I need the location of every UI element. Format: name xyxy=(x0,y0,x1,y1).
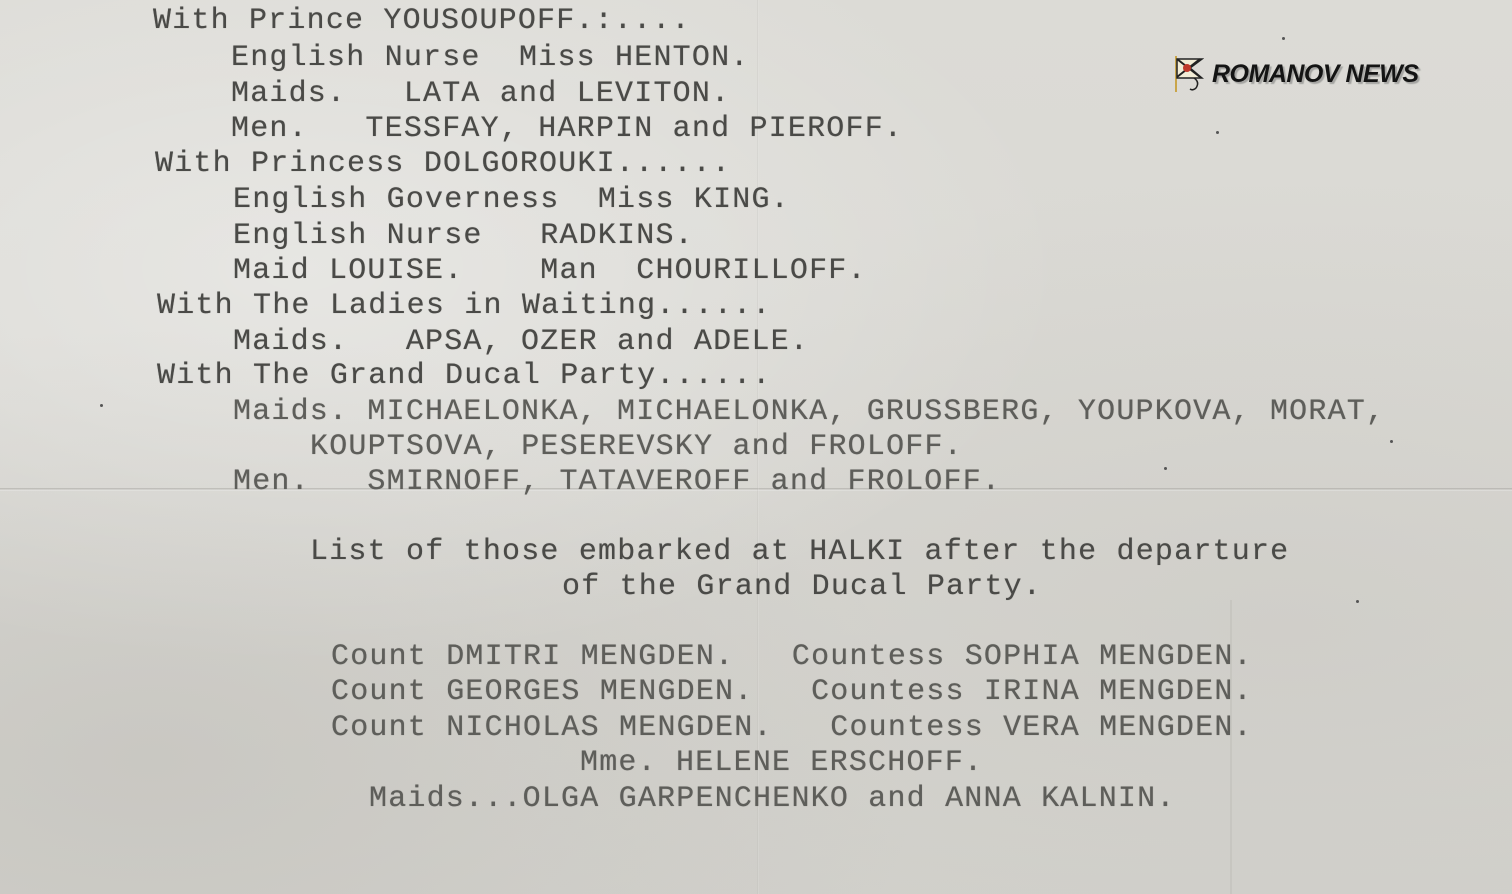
entry-line: Maid LOUISE. Man CHOURILLOFF. xyxy=(233,256,867,286)
paper-speck xyxy=(1216,131,1219,134)
paper-speck xyxy=(1164,467,1167,470)
paper-speck xyxy=(1390,440,1393,443)
paper-speck xyxy=(1282,37,1285,40)
halki-entry: Count DMITRI MENGDEN. Countess SOPHIA ME… xyxy=(331,642,1253,672)
halki-entry: Mme. HELENE ERSCHOFF. xyxy=(580,748,983,778)
halki-entry: Count GEORGES MENGDEN. Countess IRINA ME… xyxy=(331,677,1253,707)
paper-speck xyxy=(1356,600,1359,603)
halki-entry: Count NICHOLAS MENGDEN. Countess VERA ME… xyxy=(331,713,1253,743)
section-heading: With The Grand Ducal Party...... xyxy=(157,361,772,391)
entry-line: Maids. APSA, OZER and ADELE. xyxy=(233,327,809,357)
halki-list-title: of the Grand Ducal Party. xyxy=(562,572,1042,602)
paper-speck xyxy=(100,404,103,407)
entry-line: Maids. LATA and LEVITON. xyxy=(231,79,730,109)
entry-line: English Nurse Miss HENTON. xyxy=(231,43,749,73)
romanov-news-watermark: ROMANOV NEWS xyxy=(1174,56,1419,92)
halki-entry: Maids...OLGA GARPENCHENKO and ANNA KALNI… xyxy=(369,784,1176,814)
entry-line: English Governess Miss KING. xyxy=(233,185,790,215)
halki-list-title: List of those embarked at HALKI after th… xyxy=(310,537,1289,567)
entry-line: Maids. MICHAELONKA, MICHAELONKA, GRUSSBE… xyxy=(233,397,1385,427)
section-heading: With Prince YOUSOUPOFF.:.... xyxy=(153,6,691,36)
section-heading: With The Ladies in Waiting...... xyxy=(157,291,772,321)
entry-line: Men. TESSFAY, HARPIN and PIEROFF. xyxy=(231,114,903,144)
entry-line: English Nurse RADKINS. xyxy=(233,221,694,251)
entry-line: Men. SMIRNOFF, TATAVEROFF and FROLOFF. xyxy=(233,467,1001,497)
imperial-flag-icon xyxy=(1174,56,1204,92)
section-heading: With Princess DOLGOROUKI...... xyxy=(155,149,731,179)
watermark-text: ROMANOV NEWS xyxy=(1212,60,1419,89)
entry-line: KOUPTSOVA, PESEREVSKY and FROLOFF. xyxy=(310,432,963,462)
